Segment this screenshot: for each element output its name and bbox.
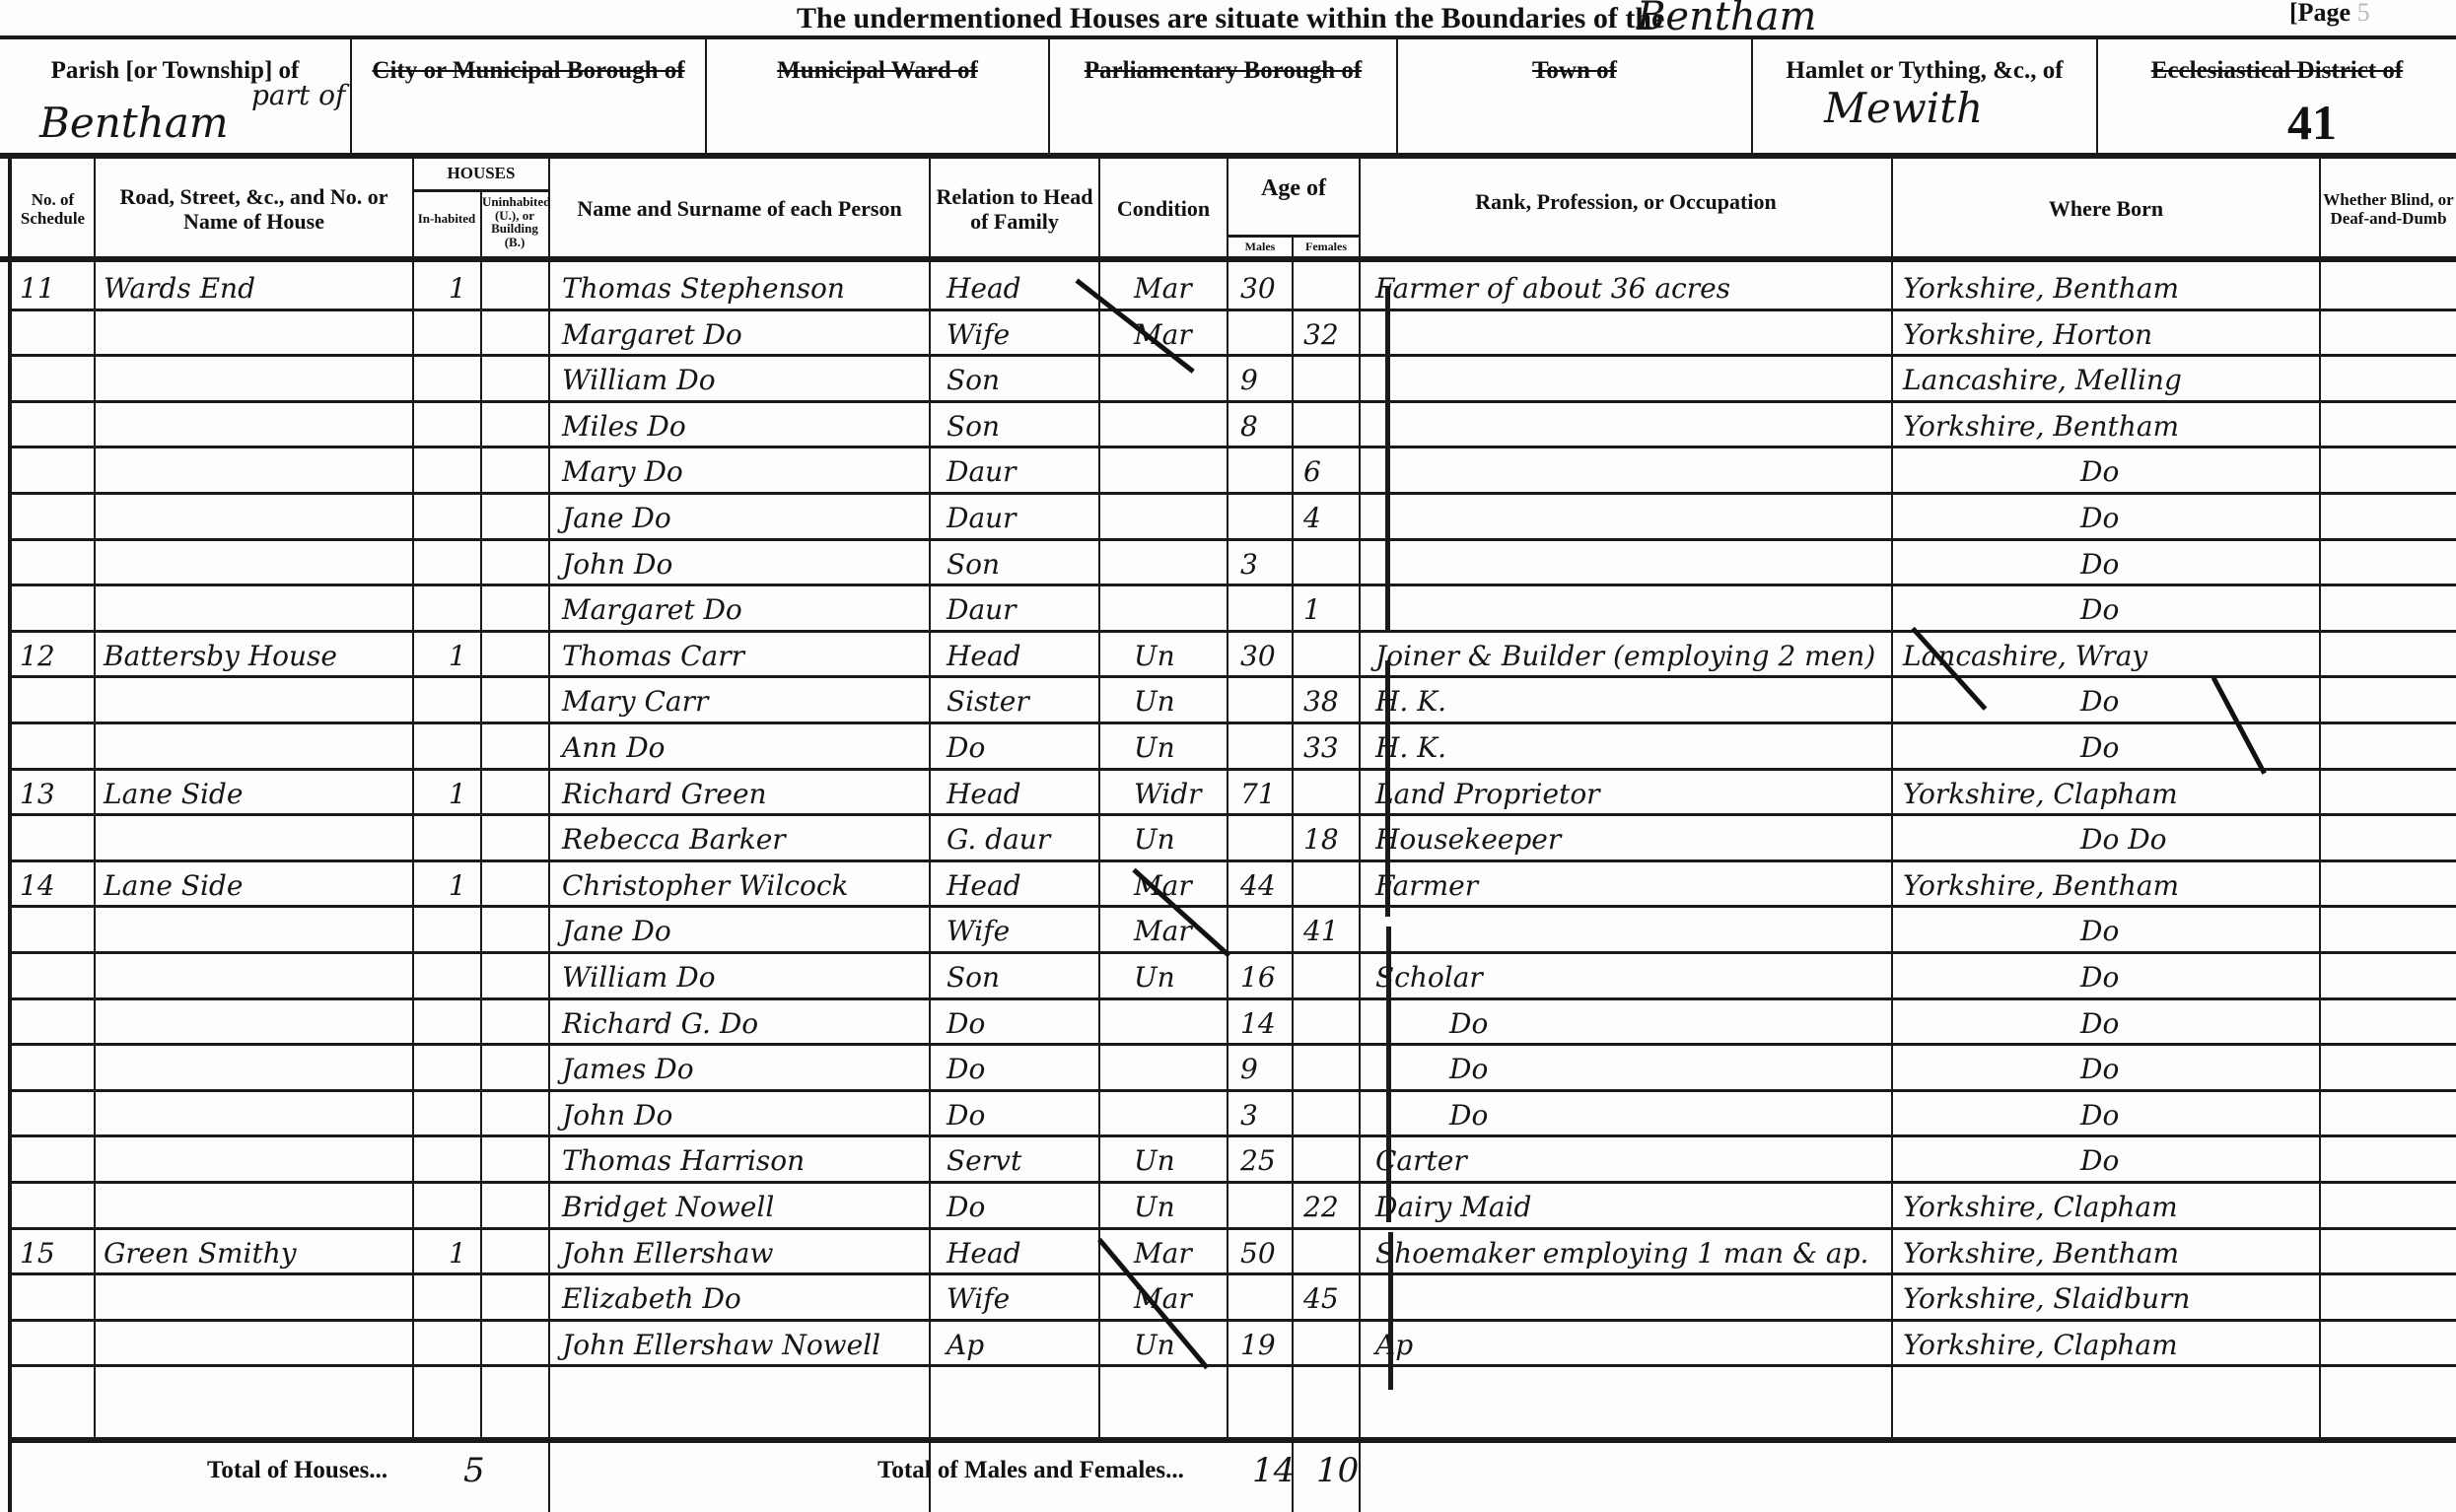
row-rule (10, 354, 2456, 357)
table-row: James DoDo9DoDo (0, 1047, 2456, 1092)
row-schedule: 14 (20, 869, 55, 902)
row-relation: Head (947, 869, 1021, 902)
row-relation: Do (947, 731, 985, 764)
row-rule (10, 1043, 2456, 1046)
row-relation: Wife (947, 318, 1010, 351)
row-born: Do Do (2080, 823, 2167, 856)
row-males: 3 (1240, 1099, 1258, 1132)
row-occupation: Do (1449, 1099, 1488, 1132)
row-name: Christopher Wilcock (562, 869, 848, 902)
row-rule (10, 309, 2456, 311)
row-relation: Head (947, 640, 1021, 672)
row-males: 14 (1240, 1007, 1276, 1040)
col-born: Where Born (1893, 163, 2319, 256)
row-born: Yorkshire, Bentham (1903, 410, 2179, 443)
table-row: Elizabeth DoWifeMar45Yorkshire, Slaidbur… (0, 1276, 2456, 1322)
row-name: Rebecca Barker (562, 823, 786, 856)
row-females: 4 (1303, 502, 1321, 534)
table-row: 11Wards End1Thomas StephensonHeadMar30Fa… (0, 266, 2456, 311)
title-prefix: The undermentioned Houses are situate wi… (797, 2, 1664, 34)
page-label: [Page (2289, 0, 2351, 27)
row-born: Do (2080, 1099, 2119, 1132)
row-name: Margaret Do (562, 593, 742, 626)
row-born: Yorkshire, Clapham (1903, 778, 2178, 810)
row-condition: Un (1134, 823, 1175, 856)
row-born: Yorkshire, Bentham (1903, 272, 2179, 305)
row-rule (10, 997, 2456, 1000)
row-relation: Wife (947, 1282, 1010, 1315)
row-name: Miles Do (562, 410, 686, 443)
row-name: Thomas Carr (562, 640, 744, 672)
row-road: Battersby House (104, 640, 337, 672)
row-condition: Un (1134, 685, 1175, 718)
col-males: Males (1228, 240, 1292, 254)
table-row: William DoSon9Lancashire, Melling (0, 358, 2456, 403)
row-males: 44 (1240, 869, 1276, 902)
row-name: Mary Do (562, 455, 683, 488)
boundary-ward: Municipal Ward of (707, 39, 1048, 153)
boundary-label: Parliamentary Borough of (1050, 57, 1396, 85)
col-relation: Relation to Head of Family (931, 163, 1098, 256)
row-condition: Un (1134, 961, 1175, 994)
row-inhabited: 1 (449, 640, 466, 672)
row-road: Lane Side (104, 869, 243, 902)
row-name: William Do (562, 961, 716, 994)
row-name: Bridget Nowell (562, 1191, 774, 1223)
row-females: 33 (1303, 731, 1339, 764)
table-row: Jane DoWifeMar41Do (0, 909, 2456, 954)
row-name: William Do (562, 364, 716, 396)
table-row: Miles DoSon8Yorkshire, Bentham (0, 404, 2456, 449)
row-rule (10, 1319, 2456, 1322)
row-born: Do (2080, 685, 2119, 718)
row-born: Lancashire, Melling (1903, 364, 2182, 396)
table-row: Margaret DoWifeMar32Yorkshire, Horton (0, 312, 2456, 358)
boundary-label: Hamlet or Tything, &c., of (1753, 57, 2096, 85)
row-males: 8 (1240, 410, 1258, 443)
row-relation: Ap (947, 1329, 984, 1361)
row-males: 50 (1240, 1237, 1276, 1270)
col-road: Road, Street, &c., and No. or Name of Ho… (96, 163, 412, 256)
rule (1227, 235, 1359, 238)
row-rule (10, 675, 2456, 678)
row-relation: Do (947, 1007, 985, 1040)
table-row: 14Lane Side1Christopher WilcockHeadMar44… (0, 863, 2456, 909)
row-born: Do (2080, 548, 2119, 581)
total-females-value: 10 (1316, 1451, 1359, 1490)
table-row: Rebecca BarkerG. daurUn18HousekeeperDo D… (0, 817, 2456, 862)
row-females: 6 (1303, 455, 1321, 488)
boundary-label: Town of (1398, 57, 1751, 85)
col-name: Name and Surname of each Person (550, 163, 929, 256)
row-condition: Mar (1134, 1237, 1192, 1270)
boundary-parish-value: Bentham (39, 99, 229, 147)
boundary-town: Town of (1398, 39, 1751, 153)
boundary-borough: City or Municipal Borough of (352, 39, 705, 153)
row-name: John Do (562, 1099, 672, 1132)
row-born: Do (2080, 961, 2119, 994)
row-females: 41 (1303, 915, 1339, 947)
row-condition: Un (1134, 1329, 1175, 1361)
row-rule (10, 905, 2456, 908)
row-males: 30 (1240, 640, 1276, 672)
row-road: Green Smithy (104, 1237, 297, 1270)
row-relation: Do (947, 1099, 985, 1132)
boundary-label: Ecclesiastical District of (2098, 57, 2456, 85)
row-males: 30 (1240, 272, 1276, 305)
table-row: Ann DoDoUn33H. K.Do (0, 725, 2456, 771)
row-relation: Head (947, 778, 1021, 810)
row-rule (10, 951, 2456, 954)
table-row: Mary DoDaur6Do (0, 449, 2456, 495)
page-title: The undermentioned Houses are situate wi… (797, 2, 1664, 35)
row-males: 9 (1240, 364, 1258, 396)
total-houses-label: Total of Houses... (207, 1457, 387, 1484)
row-rule (10, 538, 2456, 541)
row-born: Yorkshire, Clapham (1903, 1329, 2178, 1361)
row-rule (10, 1272, 2456, 1275)
table-row: John DoDo3DoDo (0, 1093, 2456, 1138)
row-rule (10, 1089, 2456, 1092)
row-schedule: 12 (20, 640, 55, 672)
row-inhabited: 1 (449, 272, 466, 305)
table-row: William DoSonUn16ScholarDo (0, 955, 2456, 1000)
row-relation: Head (947, 272, 1021, 305)
row-occupation: Farmer of about 36 acres (1375, 272, 1730, 305)
row-road: Lane Side (104, 778, 243, 810)
row-females: 22 (1303, 1191, 1339, 1223)
row-born: Do (2080, 915, 2119, 947)
row-males: 19 (1240, 1329, 1276, 1361)
boundary-label: City or Municipal Borough of (352, 57, 705, 85)
row-condition: Un (1134, 1191, 1175, 1223)
row-schedule: 11 (20, 272, 55, 305)
row-born: Do (2080, 502, 2119, 534)
row-name: Mary Carr (562, 685, 708, 718)
row-rule (10, 768, 2456, 771)
row-relation: Servt (947, 1144, 1021, 1177)
row-rule (10, 584, 2456, 586)
row-name: James Do (562, 1053, 694, 1085)
row-name: John Ellershaw (562, 1237, 773, 1270)
bracket-line (1386, 927, 1391, 1222)
row-relation: Son (947, 410, 1000, 443)
boundary-parliamentary: Parliamentary Borough of (1050, 39, 1396, 153)
row-occupation: Joiner & Builder (employing 2 men) (1375, 640, 1875, 672)
boundary-hamlet-value: Mewith (1824, 84, 1983, 132)
col-occupation: Rank, Profession, or Occupation (1361, 163, 1891, 256)
page-number-value: 5 (2357, 0, 2370, 27)
row-schedule: 15 (20, 1237, 55, 1270)
row-born: Yorkshire, Clapham (1903, 1191, 2178, 1223)
table-row: Mary CarrSisterUn38H. K.Do (0, 679, 2456, 724)
row-rule (10, 1134, 2456, 1137)
col-schedule: No. of Schedule (12, 163, 94, 256)
row-name: Thomas Stephenson (562, 272, 845, 305)
rule (412, 189, 548, 192)
table-row: Bridget NowellDoUn22Dairy MaidYorkshire,… (0, 1185, 2456, 1230)
boundary-parish-note: part of (251, 79, 345, 111)
row-born: Yorkshire, Bentham (1903, 869, 2179, 902)
row-rule (10, 1181, 2456, 1184)
row-relation: Head (947, 1237, 1021, 1270)
row-inhabited: 1 (449, 1237, 466, 1270)
col-inhabited: In-habited (414, 212, 479, 226)
total-males-value: 14 (1252, 1451, 1295, 1490)
total-houses-value: 5 (463, 1451, 485, 1490)
row-inhabited: 1 (449, 869, 466, 902)
bracket-line (1385, 660, 1390, 917)
row-born: Do (2080, 731, 2119, 764)
table-row: Thomas HarrisonServtUn25CarterDo (0, 1138, 2456, 1184)
row-relation: Son (947, 961, 1000, 994)
row-rule (10, 446, 2456, 448)
row-males: 3 (1240, 548, 1258, 581)
row-name: Thomas Harrison (562, 1144, 805, 1177)
row-females: 45 (1303, 1282, 1339, 1315)
boundary-ecclesiastical: Ecclesiastical District of (2098, 39, 2456, 153)
col-uninhabited: Uninhabited (U.), or Building (B.) (482, 195, 547, 249)
table-row: 12Battersby House1Thomas CarrHeadUn30Joi… (0, 634, 2456, 679)
row-males: 9 (1240, 1053, 1258, 1085)
row-rule (10, 630, 2456, 633)
row-females: 1 (1303, 593, 1321, 626)
row-females: 32 (1303, 318, 1339, 351)
row-rule (10, 813, 2456, 816)
row-occupation: Do (1449, 1053, 1488, 1085)
row-rule (10, 492, 2456, 495)
row-condition: Mar (1134, 915, 1192, 947)
row-rule (10, 1364, 2456, 1367)
row-name: Ann Do (562, 731, 666, 764)
row-males: 71 (1240, 778, 1276, 810)
row-name: Margaret Do (562, 318, 742, 351)
row-born: Yorkshire, Horton (1903, 318, 2152, 351)
col-houses: HOUSES (414, 164, 548, 183)
row-rule (10, 1227, 2456, 1230)
row-road: Wards End (104, 272, 255, 305)
row-name: Jane Do (562, 502, 671, 534)
row-condition: Un (1134, 731, 1175, 764)
row-relation: Daur (947, 593, 1017, 626)
row-occupation: Ap (1375, 1329, 1413, 1361)
row-occupation: Scholar (1375, 961, 1483, 994)
row-born: Yorkshire, Slaidburn (1903, 1282, 2190, 1315)
row-occupation: Dairy Maid (1375, 1191, 1531, 1223)
row-occupation: Do (1449, 1007, 1488, 1040)
row-rule (10, 400, 2456, 403)
row-males: 25 (1240, 1144, 1276, 1177)
row-name: Richard Green (562, 778, 767, 810)
row-occupation: Shoemaker employing 1 man & ap. (1375, 1237, 1868, 1270)
row-name: Richard G. Do (562, 1007, 758, 1040)
row-females: 38 (1303, 685, 1339, 718)
row-relation: Wife (947, 915, 1010, 947)
census-page: The undermentioned Houses are situate wi… (0, 0, 2456, 1512)
row-relation: Do (947, 1191, 985, 1223)
row-name: John Do (562, 548, 672, 581)
row-name: Jane Do (562, 915, 671, 947)
col-females: Females (1294, 240, 1359, 254)
district-number: 41 (2287, 94, 2337, 151)
col-condition: Condition (1100, 163, 1227, 256)
row-occupation: Farmer (1375, 869, 1478, 902)
table-row: 15Green Smithy1John EllershawHeadMar50Sh… (0, 1231, 2456, 1276)
row-name: John Ellershaw Nowell (562, 1329, 880, 1361)
row-condition: Mar (1134, 272, 1192, 305)
row-males: 16 (1240, 961, 1276, 994)
row-relation: Sister (947, 685, 1029, 718)
table-row: 13Lane Side1Richard GreenHeadWidr71Land … (0, 772, 2456, 817)
row-born: Do (2080, 593, 2119, 626)
row-born: Do (2080, 1144, 2119, 1177)
page-number: [Page 5 (2289, 0, 2370, 28)
table-row: John Ellershaw NowellApUn19ApYorkshire, … (0, 1323, 2456, 1368)
row-born: Do (2080, 1007, 2119, 1040)
bracket-line (1388, 1232, 1393, 1390)
row-occupation: Housekeeper (1375, 823, 1561, 856)
row-born: Do (2080, 1053, 2119, 1085)
row-occupation: Land Proprietor (1375, 778, 1600, 810)
row-relation: Son (947, 364, 1000, 396)
row-rule (10, 859, 2456, 862)
bracket-line (1385, 286, 1390, 631)
col-age: Age of (1228, 175, 1359, 202)
rule (8, 1437, 2456, 1443)
table-row: John DoSon3Do (0, 542, 2456, 587)
row-schedule: 13 (20, 778, 55, 810)
row-name: Elizabeth Do (562, 1282, 741, 1315)
row-condition: Un (1134, 640, 1175, 672)
table-row: Richard G. DoDo14DoDo (0, 1001, 2456, 1047)
col-blind: Whether Blind, or Deaf-and-Dumb (2321, 163, 2456, 256)
table-row: Margaret DoDaur1Do (0, 587, 2456, 633)
row-inhabited: 1 (449, 778, 466, 810)
row-relation: Do (947, 1053, 985, 1085)
row-relation: Daur (947, 455, 1017, 488)
row-relation: Daur (947, 502, 1017, 534)
row-relation: Son (947, 548, 1000, 581)
row-born: Do (2080, 455, 2119, 488)
row-rule (10, 722, 2456, 724)
table-row: Jane DoDaur4Do (0, 496, 2456, 541)
row-females: 18 (1303, 823, 1339, 856)
row-born: Yorkshire, Bentham (1903, 1237, 2179, 1270)
boundary-label: Municipal Ward of (707, 57, 1048, 85)
title-place: Bentham (1637, 0, 1816, 39)
row-condition: Un (1134, 1144, 1175, 1177)
row-relation: G. daur (947, 823, 1050, 856)
total-persons-label: Total of Males and Females... (877, 1457, 1184, 1484)
row-condition: Widr (1134, 778, 1202, 810)
